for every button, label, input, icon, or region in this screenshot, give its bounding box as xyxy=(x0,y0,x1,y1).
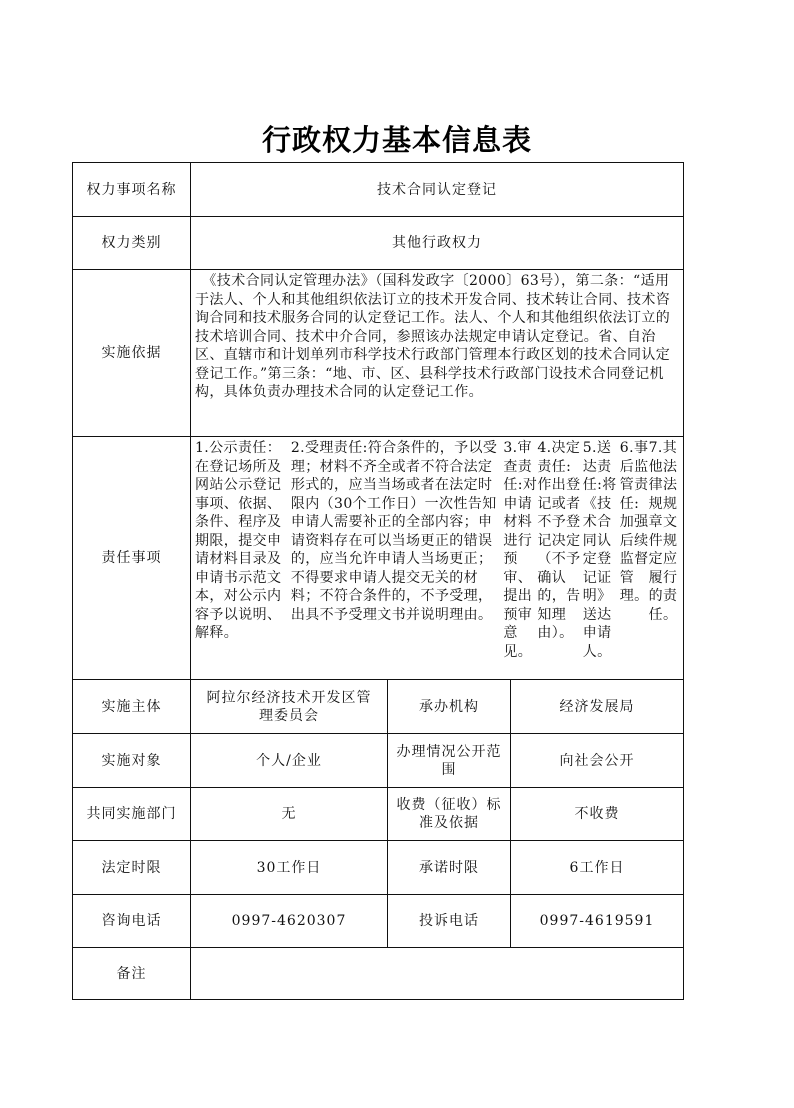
responsibility-item: 7.其他法律法规规章文件规定应履行的责任。 xyxy=(649,439,679,624)
remark-label: 备注 xyxy=(72,947,191,1000)
joint-dept-label: 共同实施部门 xyxy=(72,787,191,841)
responsibility-label: 责任事项 xyxy=(72,436,191,680)
responsibility-item: 2.受理责任:符合条件的，予以受理；材料不齐全或者不符合法定形式的，应当当场或者… xyxy=(291,439,503,624)
fee-standard-label: 收费（征收）标准及依据 xyxy=(387,787,511,841)
handling-agency-label: 承办机构 xyxy=(387,679,511,734)
responsibility-item: 1.公示责任：在登记场所及网站公示登记事项、依据、条件、程序及期限，提交申请材料… xyxy=(195,439,291,643)
handling-agency-value: 经济发展局 xyxy=(510,679,684,734)
consult-phone-value: 0997-4620307 xyxy=(190,894,388,948)
responsibility-item: 3.审查责任:对申请材料进行预审、提出预审意见。 xyxy=(503,439,537,661)
consult-phone-label: 咨询电话 xyxy=(72,894,191,948)
remark-value xyxy=(190,947,684,1000)
target-label: 实施对象 xyxy=(72,733,191,788)
subject-label: 实施主体 xyxy=(72,679,191,734)
target-value: 个人/企业 xyxy=(190,733,388,788)
category-label: 权力类别 xyxy=(72,216,191,270)
info-table: 权力事项名称 技术合同认定登记 权力类别 其他行政权力 实施依据 《技术合同认定… xyxy=(72,162,684,1000)
item-name-value: 技术合同认定登记 xyxy=(190,162,684,217)
legal-time-limit-label: 法定时限 xyxy=(72,840,191,895)
complaint-phone-value: 0997-4619591 xyxy=(510,894,684,948)
promised-time-limit-value: 6工作日 xyxy=(510,840,684,895)
basis-value: 《技术合同认定管理办法》（国科发政字〔2000〕63号），第二条：“适用于法人、… xyxy=(190,269,684,437)
responsibility-item: 4.决定责任:作出登记或者不予登记决定（不予确认的，告知理由）。 xyxy=(537,439,582,643)
page-title: 行政权力基本信息表 xyxy=(0,118,794,159)
item-name-label: 权力事项名称 xyxy=(72,162,191,217)
disclosure-scope-label: 办理情况公开范围 xyxy=(387,733,511,788)
responsibility-item: 5.送达责任:将《技术合同认定登记证明》送达申请人。 xyxy=(583,439,620,661)
responsibility-value: 1.公示责任：在登记场所及网站公示登记事项、依据、条件、程序及期限，提交申请材料… xyxy=(190,436,684,680)
subject-value: 阿拉尔经济技术开发区管理委员会 xyxy=(190,679,388,734)
basis-label: 实施依据 xyxy=(72,269,191,437)
promised-time-limit-label: 承诺时限 xyxy=(387,840,511,895)
legal-time-limit-value: 30工作日 xyxy=(190,840,388,895)
joint-dept-value: 无 xyxy=(190,787,388,841)
disclosure-scope-value: 向社会公开 xyxy=(510,733,684,788)
category-value: 其他行政权力 xyxy=(190,216,684,270)
basis-text: 《技术合同认定管理办法》（国科发政字〔2000〕63号），第二条：“适用于法人、… xyxy=(195,272,679,402)
responsibility-item: 6.事后监管责任:加强后续监督管理。 xyxy=(620,439,649,606)
complaint-phone-label: 投诉电话 xyxy=(387,894,511,948)
fee-standard-value: 不收费 xyxy=(510,787,684,841)
